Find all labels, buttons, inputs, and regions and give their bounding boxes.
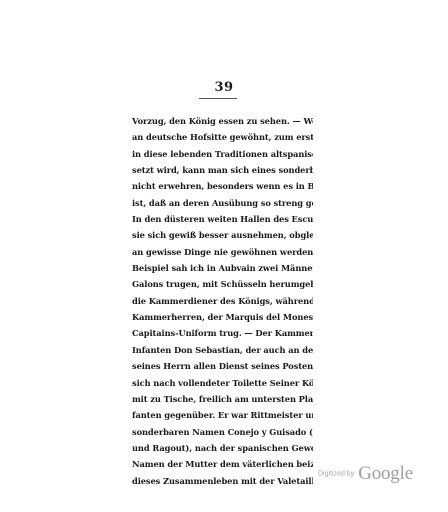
- text-line: dieses Zusammenleben mit der Valetaille …: [132, 473, 313, 489]
- text-line: in diese lebenden Traditionen altspanisc…: [132, 146, 313, 162]
- text-line: ist, daß an deren Ausübung so streng geh…: [132, 195, 313, 211]
- text-line: Galons trugen, mit Schüsseln herumgehen;…: [132, 276, 313, 292]
- text-line: setzt wird, kann man sich eines sonderba…: [132, 162, 313, 178]
- text-line: Beispiel sah ich in Aubvain zwei Männer,…: [132, 260, 313, 276]
- text-line: fanten gegenüber. Er war Rittmeister und…: [132, 407, 313, 423]
- text-line: die Kammerdiener des Königs, während ein…: [132, 293, 313, 309]
- text-line: Kammerherren, der Marquis del Monesterio…: [132, 309, 313, 325]
- text-line: Vorzug, den König essen zu sehen. — Wenn…: [132, 113, 313, 129]
- digitized-by-google-watermark: Digitized by Google: [318, 463, 413, 485]
- header-rule: [199, 98, 237, 99]
- text-line: Capitains-Uniform trug. — Der Kammerdien…: [132, 325, 313, 341]
- text-line: sonderbaren Namen Conejo y Guisado (Kani…: [132, 424, 313, 440]
- text-line: In den düsteren weiten Hallen des Escuri…: [132, 211, 313, 227]
- google-logo: Google: [358, 463, 413, 484]
- text-line: nicht erwehren, besonders wenn es in Bau…: [132, 178, 313, 194]
- text-line: mit zu Tische, freilich am untersten Pla…: [132, 391, 313, 407]
- digitized-label: Digitized by: [318, 471, 354, 478]
- text-line: Namen der Mutter dem väterlichen beizufü…: [132, 456, 313, 472]
- text-line: seines Herrn allen Dienst seines Postens…: [132, 358, 313, 374]
- text-line: an deutsche Hofsitte gewöhnt, zum ersten…: [132, 129, 313, 145]
- body-text: Vorzug, den König essen zu sehen. — Wenn…: [132, 113, 313, 489]
- text-line: Infanten Don Sebastian, der auch an der …: [132, 342, 313, 358]
- page-number: 39: [0, 80, 448, 95]
- text-line: an gewisse Dinge nie gewöhnen werden. So…: [132, 244, 313, 260]
- text-line: sie sich gewiß besser ausnehmen, obgleic…: [132, 227, 313, 243]
- text-line: und Ragout), nach der spanischen Gewohnh…: [132, 440, 313, 456]
- text-line: sich nach vollendeter Toilette Seiner Kö…: [132, 375, 313, 391]
